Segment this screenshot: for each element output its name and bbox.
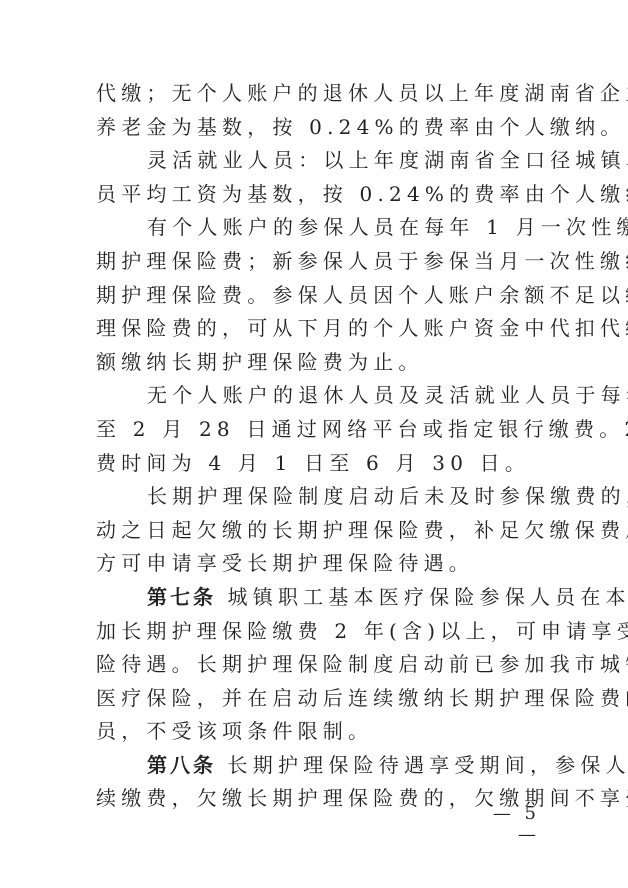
text-line: 动之日起欠缴的长期护理保险费，补足欠缴保费后满 3 个月 [96, 514, 540, 548]
paragraph-start: 灵活就业人员：以上年度湖南省全口径城镇单位就业人 [96, 144, 540, 178]
document-body: 代缴；无个人账户的退休人员以上年度湖南省企业职工平均 养老金为基数，按 0.24… [96, 77, 540, 816]
text-line: 代缴；无个人账户的退休人员以上年度湖南省企业职工平均 [96, 77, 540, 111]
article-heading: 第七条 [147, 585, 216, 609]
page-number: — 5 — [470, 803, 540, 845]
document-page: 代缴；无个人账户的退休人员以上年度湖南省企业职工平均 养老金为基数，按 0.24… [0, 0, 628, 888]
text-line: 险待遇。长期护理保险制度启动前已参加我市城镇职工基本 [96, 648, 540, 682]
text-line: 员平均工资为基数，按 0.24%的费率由个人缴纳。 [96, 178, 540, 212]
article-7-start: 第七条 城镇职工基本医疗保险参保人员在本市连续参 [96, 581, 540, 615]
article-text: 城镇职工基本医疗保险参保人员在本市连续参 [216, 585, 628, 609]
article-heading: 第八条 [147, 753, 216, 777]
paragraph-start: 有个人账户的参保人员在每年 1 月一次性缴纳当年度长 [96, 211, 540, 245]
text-line: 方可申请享受长期护理保险待遇。 [96, 547, 540, 581]
text-line: 养老金为基数，按 0.24%的费率由个人缴纳。 [96, 111, 540, 145]
text-line: 期护理保险费；新参保人员于参保当月一次性缴纳当年度长 [96, 245, 540, 279]
text-line: 理保险费的，可从下月的个人账户资金中代扣代缴，直至足 [96, 312, 540, 346]
text-line: 加长期护理保险缴费 2 年(含)以上，可申请享受长期护理保 [96, 615, 540, 649]
article-8-start: 第八条 长期护理保险待遇享受期间，参保人员应当连 [96, 749, 540, 783]
text-line: 费时间为 4 月 1 日至 6 月 30 日。 [96, 447, 540, 481]
text-line: 员，不受该项条件限制。 [96, 715, 540, 749]
paragraph-start: 长期护理保险制度启动后未及时参保缴费的，补足从启 [96, 480, 540, 514]
paragraph-start: 无个人账户的退休人员及灵活就业人员于每年 1 月 1 日 [96, 379, 540, 413]
article-text: 长期护理保险待遇享受期间，参保人员应当连 [216, 753, 628, 777]
text-line: 至 2 月 28 日通过网络平台或指定银行缴费。2021 年个人缴 [96, 413, 540, 447]
text-line: 期护理保险费。参保人员因个人账户余额不足以缴纳长期护 [96, 279, 540, 313]
text-line: 医疗保险，并在启动后连续缴纳长期护理保险费的参保人 [96, 682, 540, 716]
text-line: 额缴纳长期护理保险费为止。 [96, 346, 540, 380]
